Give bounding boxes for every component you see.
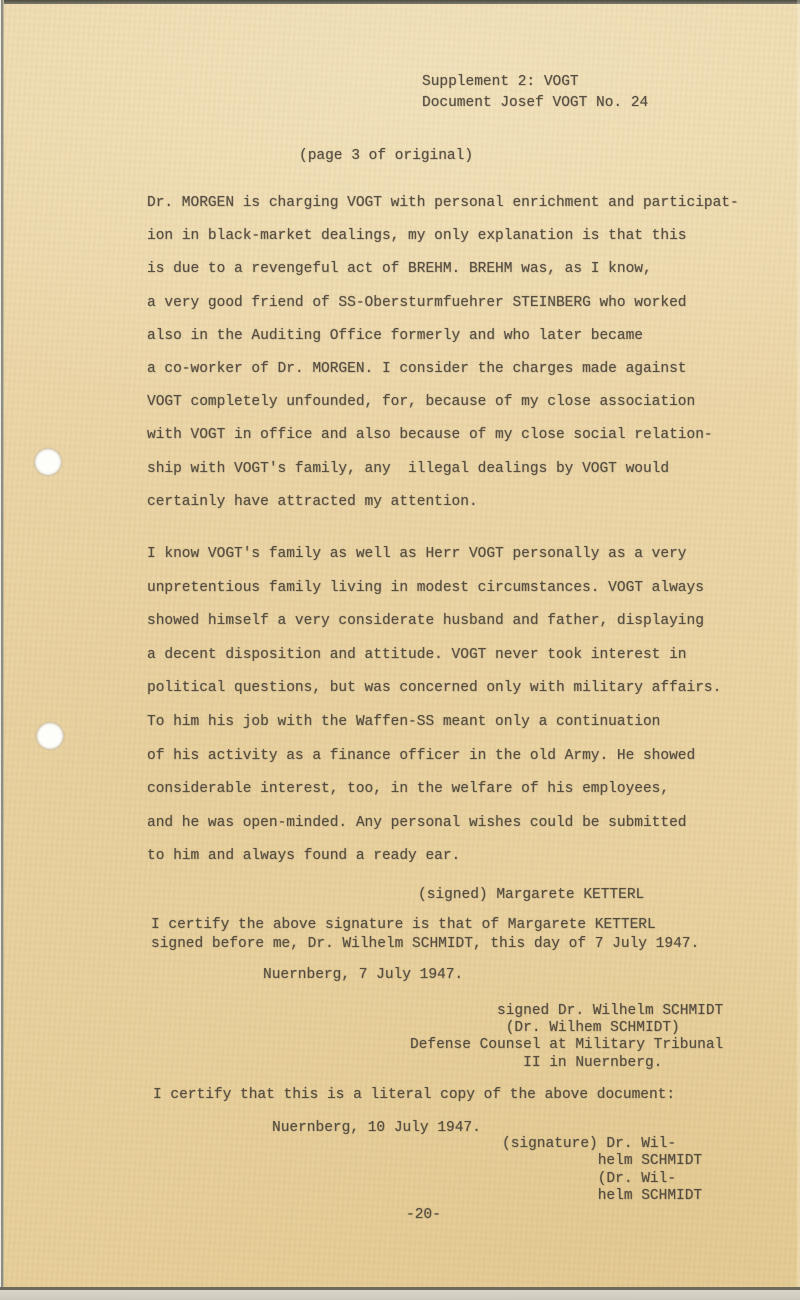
defense-counsel-block: signed Dr. Wilhelm SCHMIDT (Dr. Wilhem S… [410,1003,723,1072]
signature-block: (signature) Dr. Wil- helm SCHMIDT (Dr. W… [502,1136,702,1206]
page-reference: (page 3 of original) [299,146,473,167]
scan-edge-left [0,0,4,1300]
paragraph-2: I know VOGT's family as well as Herr VOG… [147,538,721,874]
signature-line: (signed) Margarete KETTERL [418,885,644,905]
document-header: Supplement 2: VOGT Document Josef VOGT N… [422,72,648,114]
punch-hole-top [34,448,62,476]
place-date-1: Nuernberg, 7 July 1947. [263,965,463,985]
place-date-2: Nuernberg, 10 July 1947. [272,1118,481,1138]
page-number: -20- [406,1205,441,1225]
scan-edge-top [0,0,800,4]
certification-statement-1: I certify the above signature is that of… [151,916,699,953]
scan-edge-bottom [0,1290,800,1300]
paragraph-1: Dr. MORGEN is charging VOGT with persona… [147,187,739,519]
scanned-document: Supplement 2: VOGT Document Josef VOGT N… [0,0,800,1300]
punch-hole-bottom [36,722,64,750]
certification-statement-2: I certify that this is a literal copy of… [153,1085,675,1105]
